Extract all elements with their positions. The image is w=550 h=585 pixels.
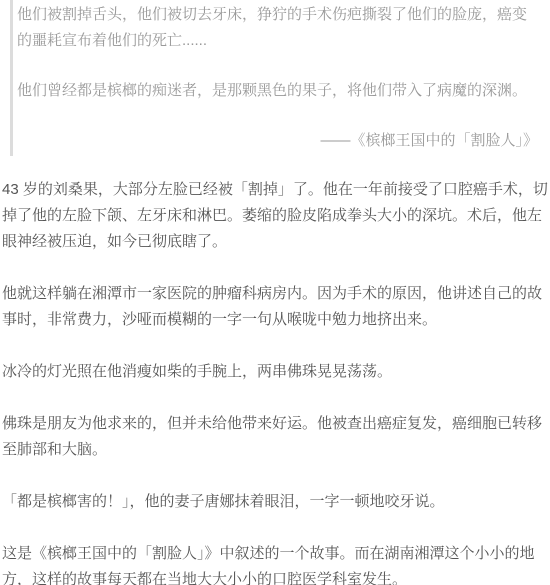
article-paragraph: 这是《槟榔王国中的「割脸人」》中叙述的一个故事。而在湖南湘潭这个小小的地方，这样…	[2, 541, 548, 585]
quote-paragraph: 他们被割掉舌头，他们被切去牙床，狰狞的手术伤疤撕裂了他们的脸庞，癌变的噩耗宣布着…	[17, 2, 538, 54]
article-body: 43 岁的刘桑果，大部分左脸已经被「割掉」了。他在一年前接受了口腔癌手术，切掉了…	[2, 177, 548, 585]
article-paragraph: 他就这样躺在湘潭市一家医院的肿瘤科病房内。因为手术的原因，他讲述自己的故事时，非…	[2, 281, 548, 333]
article-page: 他们被割掉舌头，他们被切去牙床，狰狞的手术伤疤撕裂了他们的脸庞，癌变的噩耗宣布着…	[0, 0, 550, 585]
article-paragraph: 43 岁的刘桑果，大部分左脸已经被「割掉」了。他在一年前接受了口腔癌手术，切掉了…	[2, 177, 548, 255]
article-paragraph: 「都是槟榔害的！」，他的妻子唐娜抹着眼泪，一字一顿地咬牙说。	[2, 489, 548, 515]
quote-paragraph: 他们曾经都是槟榔的痴迷者，是那颗黑色的果子，将他们带入了病魔的深渊。	[17, 78, 538, 104]
article-paragraph: 佛珠是朋友为他求来的，但并未给他带来好运。他被查出癌症复发，癌细胞已转移至肺部和…	[2, 411, 548, 463]
article-paragraph: 冰冷的灯光照在他消瘦如柴的手腕上，两串佛珠晃晃荡荡。	[2, 359, 548, 385]
quote-attribution: ——《槟榔王国中的「割脸人」》	[17, 128, 538, 154]
pull-quote-block: 他们被割掉舌头，他们被切去牙床，狰狞的手术伤疤撕裂了他们的脸庞，癌变的噩耗宣布着…	[10, 0, 548, 156]
